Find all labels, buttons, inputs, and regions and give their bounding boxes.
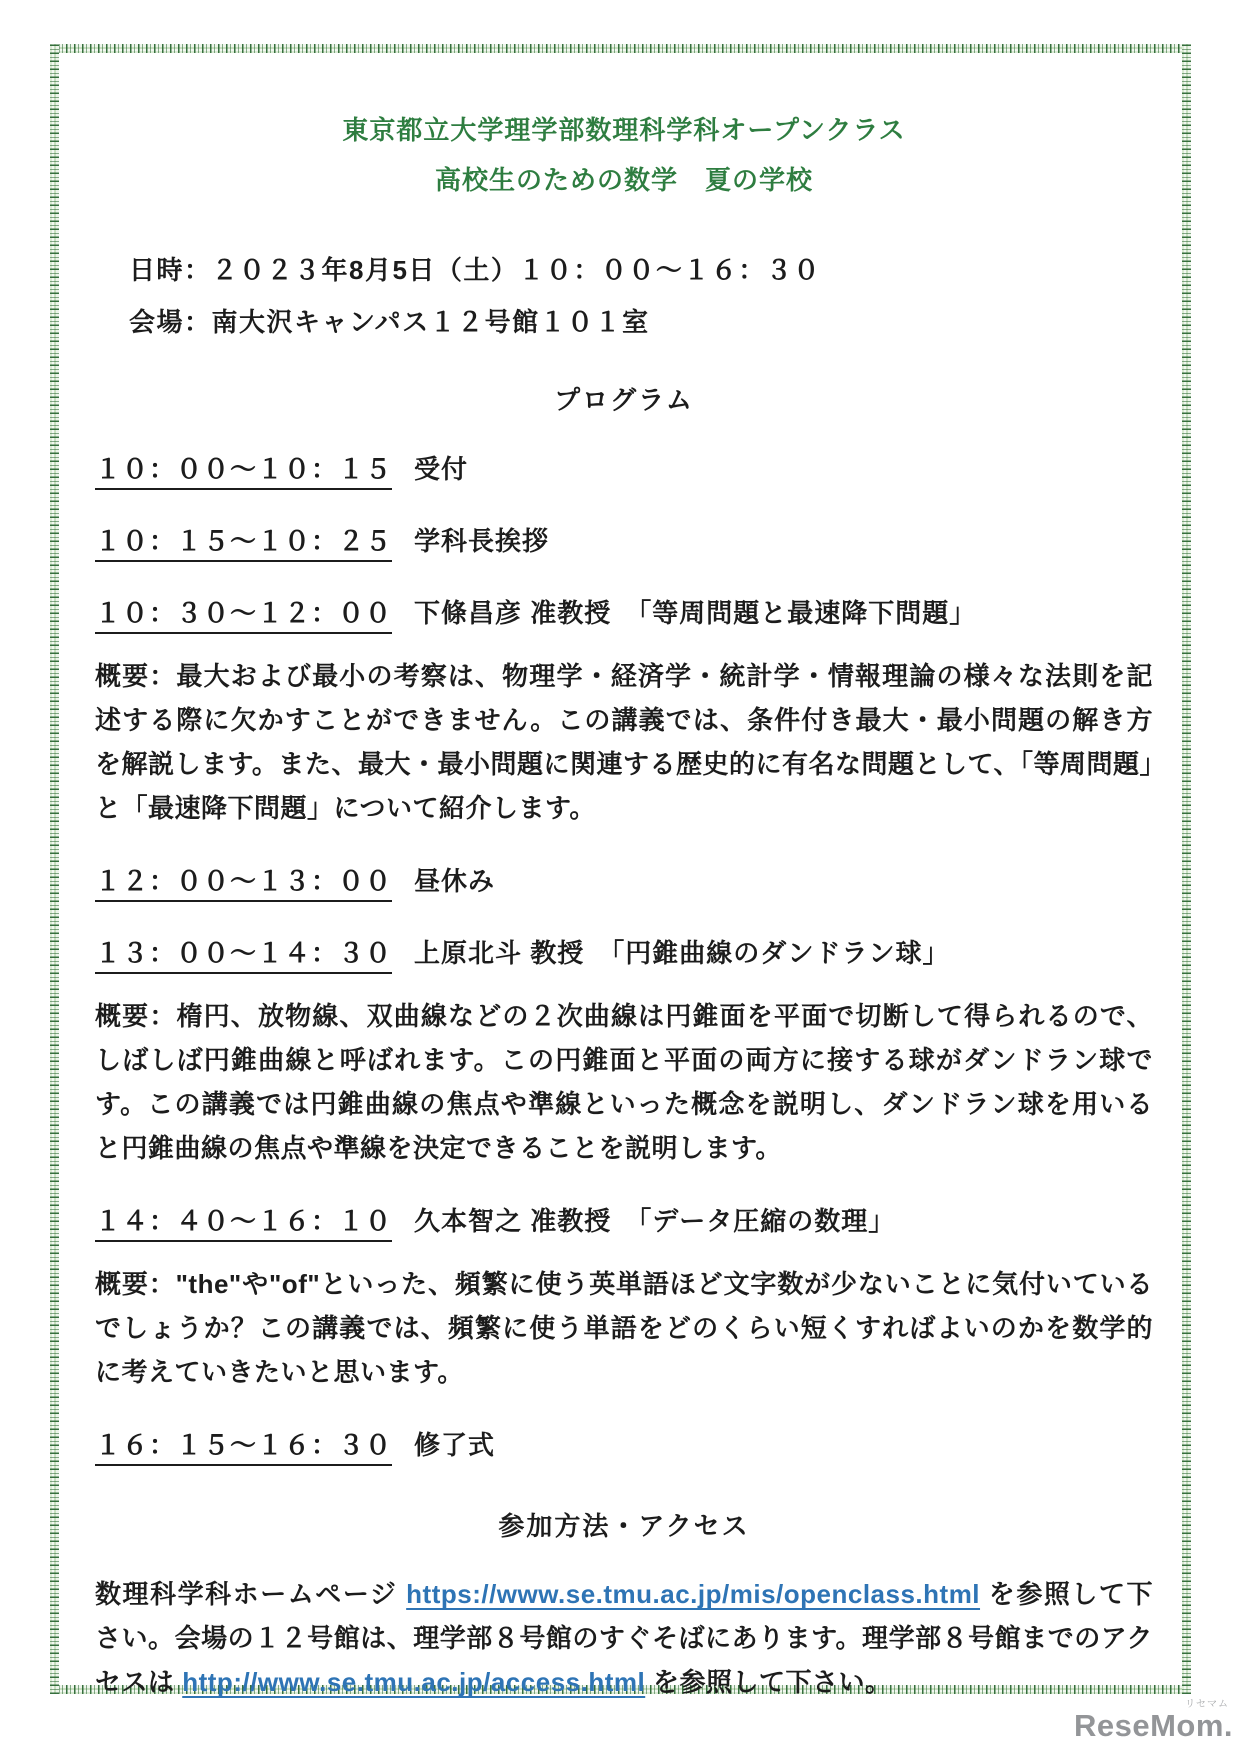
program-item-time: １６：１５～１６：３０ xyxy=(95,1430,392,1466)
lecture1-description: 概要：最大および最小の考察は、物理学・経済学・統計学・情報理論の様々な法則を記述… xyxy=(95,654,1153,830)
program-heading: プログラム xyxy=(95,382,1153,418)
program-item-time: １０：００～１０：１５ xyxy=(95,454,392,490)
program-item-time: １２：００～１３：００ xyxy=(95,866,392,902)
event-datetime: 日時：２０２３年8月5日（土）１０：００～１６：３０ xyxy=(95,252,1153,288)
program-item-lecture3: １４：４０～１６：１０久本智之 准教授 「データ圧縮の数理」 xyxy=(95,1200,1153,1242)
resemom-watermark: リセマム ReseMom. xyxy=(1074,1700,1233,1742)
program-item-label: 学科長挨拶 xyxy=(414,526,549,556)
document-title-line2: 高校生のための数学 夏の学校 xyxy=(95,162,1153,198)
program-item-label: 受付 xyxy=(414,454,468,484)
program-item-lecture2: １３：００～１４：３０上原北斗 教授 「円錐曲線のダンドラン球」 xyxy=(95,932,1153,974)
access-text-after-link2: を参照して下さい。 xyxy=(645,1667,891,1697)
access-text-before-link1: 数理科学科ホームページ xyxy=(95,1579,406,1609)
program-item-time: １０：３０～１２：００ xyxy=(95,598,392,634)
document-content: 東京都立大学理学部数理科学科オープンクラス 高校生のための数学 夏の学校 日時：… xyxy=(95,112,1153,1704)
access-paragraph: 数理科学科ホームページ https://www.se.tmu.ac.jp/mis… xyxy=(95,1572,1153,1704)
document-title-line1: 東京都立大学理学部数理科学科オープンクラス xyxy=(95,112,1153,148)
program-item-reception: １０：００～１０：１５受付 xyxy=(95,448,1153,490)
access-heading: 参加方法・アクセス xyxy=(95,1508,1153,1544)
lecture3-description: 概要："the"や"of"といった、頻繁に使う英単語ほど文字数が少ないことに気付… xyxy=(95,1262,1153,1394)
program-item-lecture1: １０：３０～１２：００下條昌彦 准教授 「等周問題と最速降下問題」 xyxy=(95,592,1153,634)
program-item-label: 修了式 xyxy=(414,1430,495,1460)
program-item-label: 下條昌彦 准教授 「等周問題と最速降下問題」 xyxy=(414,598,976,628)
program-item-label: 上原北斗 教授 「円錐曲線のダンドラン球」 xyxy=(414,938,949,968)
event-venue: 会場：南大沢キャンパス１２号館１０１室 xyxy=(95,304,1153,340)
program-item-time: １３：００～１４：３０ xyxy=(95,938,392,974)
program-item-time: １４：４０～１６：１０ xyxy=(95,1206,392,1242)
border-right-edge xyxy=(1182,44,1191,1694)
program-item-time: １０：１５～１０：２５ xyxy=(95,526,392,562)
resemom-logo: ReseMom. xyxy=(1074,1708,1233,1743)
program-item-closing: １６：１５～１６：３０修了式 xyxy=(95,1424,1153,1466)
openclass-page-link[interactable]: https://www.se.tmu.ac.jp/mis/openclass.h… xyxy=(406,1579,980,1609)
program-item-greeting: １０：１５～１０：２５学科長挨拶 xyxy=(95,520,1153,562)
program-item-label: 昼休み xyxy=(414,866,495,896)
campus-access-link[interactable]: http://www.se.tmu.ac.jp/access.html xyxy=(182,1667,645,1697)
lecture2-description: 概要：楕円、放物線、双曲線などの２次曲線は円錐面を平面で切断して得られるので、し… xyxy=(95,994,1153,1170)
program-item-label: 久本智之 准教授 「データ圧縮の数理」 xyxy=(414,1206,895,1236)
border-left-edge xyxy=(50,44,59,1694)
border-top-edge xyxy=(50,44,1191,53)
program-item-lunch: １２：００～１３：００昼休み xyxy=(95,860,1153,902)
document-page: 東京都立大学理学部数理科学科オープンクラス 高校生のための数学 夏の学校 日時：… xyxy=(0,0,1241,1755)
